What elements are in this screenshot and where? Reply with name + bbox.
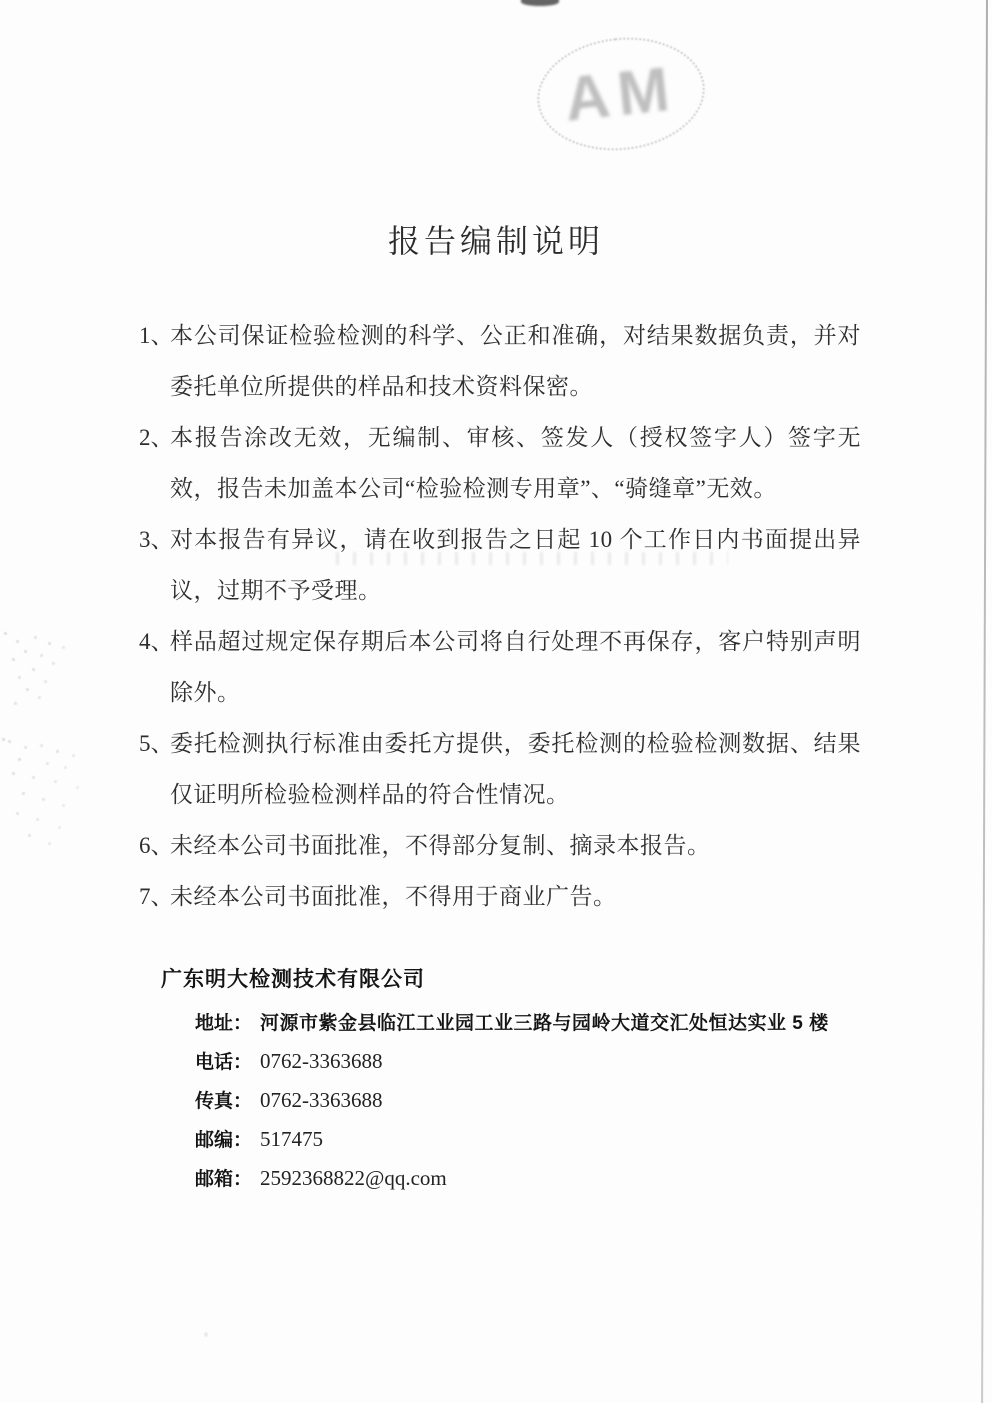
notes-list: 1、 本公司保证检验检测的科学、公正和准确，对结果数据负责，并对委托单位所提供的… <box>139 310 861 922</box>
list-item-2: 2、 本报告涂改无效，无编制、审核、签发人（授权签字人）签字无效，报告未加盖本公… <box>139 412 861 514</box>
clause-text: 委托检测执行标准由委托方提供，委托检测的检验检测数据、结果仅证明所检验检测样品的… <box>170 718 861 820</box>
left-speckle-artifact <box>4 632 7 635</box>
fax-label: 传真： <box>195 1086 252 1113</box>
company-info-block: 广东明大检测技术有限公司 地址： 河源市紫金县临江工业园工业三路与园岭大道交汇处… <box>161 963 829 1203</box>
phone-label: 电话： <box>195 1047 252 1074</box>
clause-text: 未经本公司书面批准，不得部分复制、摘录本报告。 <box>170 820 861 871</box>
company-field-fax: 传真： 0762-3363688 <box>195 1086 829 1125</box>
stamp-watermark-text: AM <box>561 53 680 135</box>
postcode-label: 邮编： <box>195 1125 252 1152</box>
clause-number: 7、 <box>139 871 170 922</box>
left-speckle-artifact <box>2 738 5 741</box>
faint-stamp-watermark: AM <box>532 30 711 159</box>
clause-number: 6、 <box>139 820 170 871</box>
clause-number: 4、 <box>139 616 170 718</box>
company-field-address: 地址： 河源市紫金县临江工业园工业三路与园岭大道交汇处恒达实业 5 楼 <box>195 1008 829 1047</box>
scan-smudge-artifact <box>521 0 559 6</box>
phone-value: 0762-3363688 <box>260 1049 383 1074</box>
address-label: 地址： <box>195 1008 252 1035</box>
clause-number: 3、 <box>139 514 170 616</box>
company-fields: 地址： 河源市紫金县临江工业园工业三路与园岭大道交汇处恒达实业 5 楼 电话： … <box>195 1008 829 1203</box>
clause-number: 5、 <box>139 718 170 820</box>
clause-text: 本公司保证检验检测的科学、公正和准确，对结果数据负责，并对委托单位所提供的样品和… <box>170 310 861 412</box>
scanned-document-page: AM 报告编制说明 1、 本公司保证检验检测的科学、公正和准确，对结果数据负责，… <box>0 0 992 1403</box>
list-item-5: 5、 委托检测执行标准由委托方提供，委托检测的检验检测数据、结果仅证明所检验检测… <box>139 718 861 820</box>
clause-text: 对本报告有异议，请在收到报告之日起 10 个工作日内书面提出异议，过期不予受理。 <box>170 514 861 616</box>
list-item-3: 3、 对本报告有异议，请在收到报告之日起 10 个工作日内书面提出异议，过期不予… <box>139 514 861 616</box>
clause-text: 样品超过规定保存期后本公司将自行处理不再保存，客户特别声明除外。 <box>170 616 861 718</box>
company-name: 广东明大检测技术有限公司 <box>161 963 829 993</box>
company-field-email: 邮箱： 2592368822@qq.com <box>195 1164 829 1203</box>
clause-number: 1、 <box>139 310 170 412</box>
page-title: 报告编制说明 <box>0 216 992 262</box>
email-label: 邮箱： <box>195 1164 252 1191</box>
company-field-postcode: 邮编： 517475 <box>195 1125 829 1164</box>
email-value: 2592368822@qq.com <box>260 1166 447 1191</box>
list-item-7: 7、 未经本公司书面批准，不得用于商业广告。 <box>139 871 861 922</box>
clause-text: 未经本公司书面批准，不得用于商业广告。 <box>170 871 861 922</box>
clause-text: 本报告涂改无效，无编制、审核、签发人（授权签字人）签字无效，报告未加盖本公司“检… <box>170 412 861 514</box>
list-item-6: 6、 未经本公司书面批准，不得部分复制、摘录本报告。 <box>139 820 861 871</box>
list-item-4: 4、 样品超过规定保存期后本公司将自行处理不再保存，客户特别声明除外。 <box>139 616 861 718</box>
scan-edge-line-artifact <box>981 0 988 1403</box>
address-value: 河源市紫金县临江工业园工业三路与园岭大道交汇处恒达实业 5 楼 <box>260 1008 829 1035</box>
clause-number: 2、 <box>139 412 170 514</box>
list-item-1: 1、 本公司保证检验检测的科学、公正和准确，对结果数据负责，并对委托单位所提供的… <box>139 310 861 412</box>
fax-value: 0762-3363688 <box>260 1088 383 1113</box>
company-field-phone: 电话： 0762-3363688 <box>195 1047 829 1086</box>
postcode-value: 517475 <box>260 1127 323 1152</box>
small-speck-artifact <box>204 1332 208 1337</box>
